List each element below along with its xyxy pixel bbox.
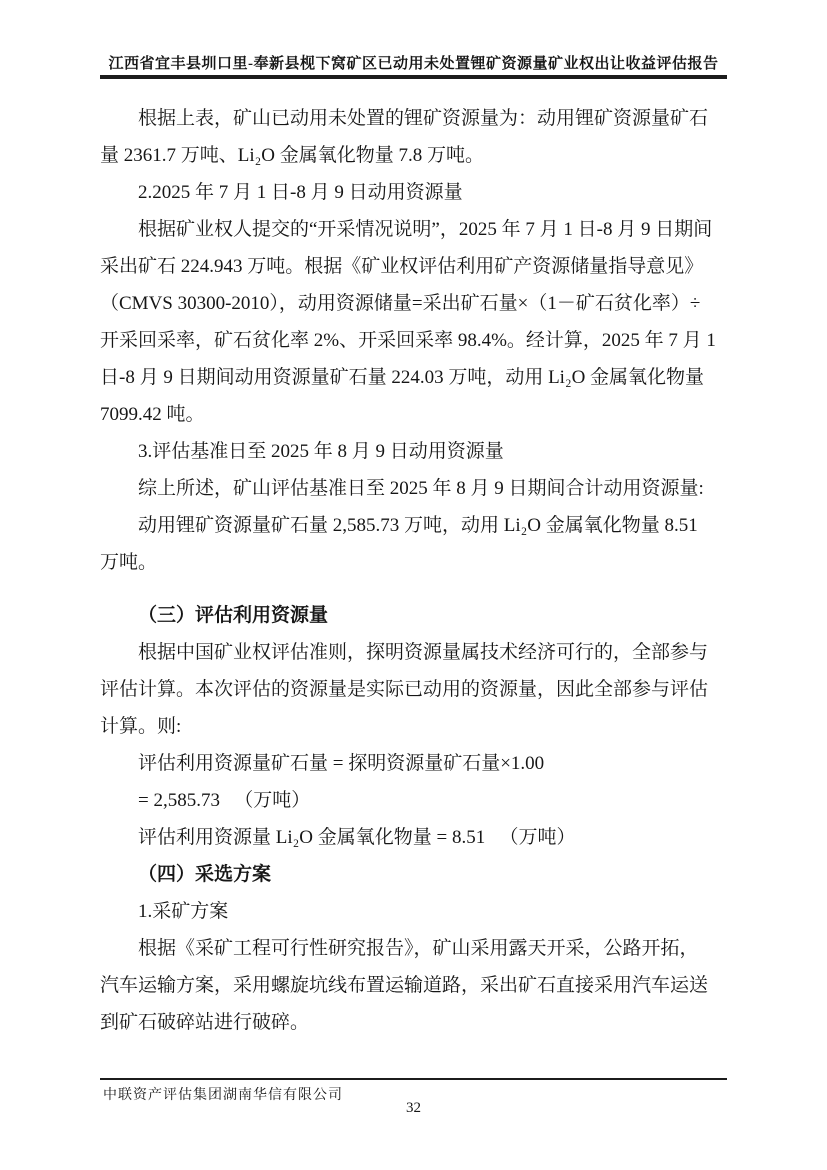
paragraph-line: 日-8 月 9 日期间动用资源量矿石量 224.03 万吨，动用 Li₂O 金属…	[100, 359, 727, 396]
paragraph-line: 万吨。	[100, 544, 727, 581]
formula-line: 评估利用资源量矿石量 = 探明资源量矿石量×1.00	[100, 745, 727, 782]
section-heading-bold: （三）评估利用资源量	[100, 597, 727, 634]
formula-line: 评估利用资源量 Li₂O 金属氧化物量 = 8.51 （万吨）	[100, 819, 727, 856]
paragraph-line: 汽车运输方案，采用螺旋坑线布置运输道路，采出矿石直接采用汽车运送	[100, 967, 727, 1004]
paragraph-line: 根据上表，矿山已动用未处置的锂矿资源量为：动用锂矿资源量矿石	[100, 100, 727, 137]
paragraph-line: 评估计算。本次评估的资源量是实际已动用的资源量，因此全部参与评估	[100, 671, 727, 708]
report-page: 江西省宜丰县圳口里-奉新县枧下窝矿区已动用未处置锂矿资源量矿业权出让收益评估报告…	[0, 0, 827, 1170]
paragraph-line: 动用锂矿资源量矿石量 2,585.73 万吨，动用 Li₂O 金属氧化物量 8.…	[100, 507, 727, 544]
footer-rule	[100, 1078, 727, 1080]
section-heading: 1.采矿方案	[100, 893, 727, 930]
paragraph-line: 量 2361.7 万吨、Li₂O 金属氧化物量 7.8 万吨。	[100, 137, 727, 174]
section-heading-bold: （四）采选方案	[100, 856, 727, 893]
page-header-title: 江西省宜丰县圳口里-奉新县枧下窝矿区已动用未处置锂矿资源量矿业权出让收益评估报告	[100, 52, 727, 73]
paragraph-line: （CMVS 30300-2010），动用资源储量=采出矿石量×（1－矿石贫化率）…	[100, 285, 727, 322]
document-body: 根据上表，矿山已动用未处置的锂矿资源量为：动用锂矿资源量矿石 量 2361.7 …	[100, 100, 727, 1041]
section-heading: 3.评估基准日至 2025 年 8 月 9 日动用资源量	[100, 433, 727, 470]
paragraph-line: 到矿石破碎站进行破碎。	[100, 1004, 727, 1041]
paragraph-line: 根据《采矿工程可行性研究报告》，矿山采用露天开采，公路开拓，	[100, 930, 727, 967]
page-number: 32	[0, 1100, 827, 1117]
paragraph-line: 计算。则:	[100, 708, 727, 745]
paragraph-line: 开采回采率，矿石贫化率 2%、开采回采率 98.4%。经计算，2025 年 7 …	[100, 322, 727, 359]
header-rule	[100, 75, 727, 79]
paragraph-line: 根据矿业权人提交的“开采情况说明”，2025 年 7 月 1 日-8 月 9 日…	[100, 211, 727, 248]
paragraph-line: 综上所述，矿山评估基准日至 2025 年 8 月 9 日期间合计动用资源量:	[100, 470, 727, 507]
section-heading: 2.2025 年 7 月 1 日-8 月 9 日动用资源量	[100, 174, 727, 211]
paragraph-line: 根据中国矿业权评估准则，探明资源量属技术经济可行的，全部参与	[100, 634, 727, 671]
paragraph-line: 采出矿石 224.943 万吨。根据《矿业权评估利用矿产资源储量指导意见》	[100, 248, 727, 285]
paragraph-line: 7099.42 吨。	[100, 396, 727, 433]
formula-line: = 2,585.73 （万吨）	[100, 782, 727, 819]
